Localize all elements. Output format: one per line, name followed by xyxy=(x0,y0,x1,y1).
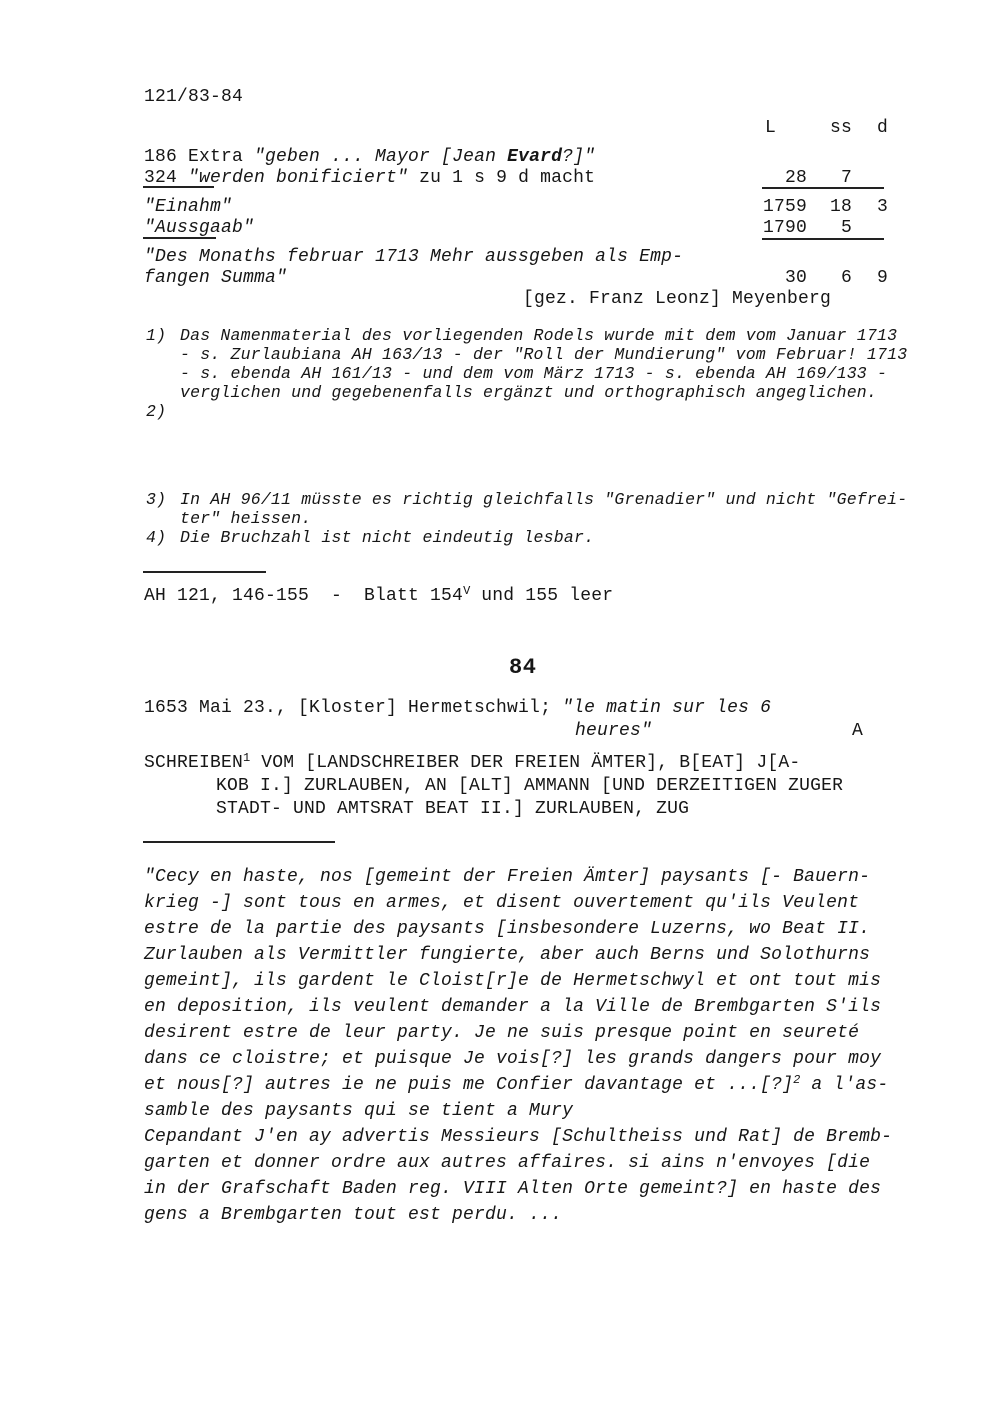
amount-livres: 30 xyxy=(731,267,807,289)
date-place: 1653 Mai 23., [Kloster] Hermetschwil; xyxy=(144,698,562,718)
entry-title-line-3: STADT- UND AMTSRAT BEAT II.] ZURLAUBEN, … xyxy=(0,798,1000,822)
entry-title-line-2: KOB I.] ZURLAUBEN, AN [ALT] AMMANN [UND … xyxy=(0,775,1000,799)
footnote-marker: 3) xyxy=(146,490,166,509)
underline-left xyxy=(143,237,216,239)
letter-line: estre de la partie des paysants [insbeso… xyxy=(0,918,1000,942)
footnote-2: 2) xyxy=(0,402,1000,426)
entry-title-continued: STADT- UND AMTSRAT BEAT II.] ZURLAUBEN, … xyxy=(216,798,689,820)
letter-line: in der Grafschaft Baden reg. VIII Alten … xyxy=(0,1178,1000,1202)
entry-heading-row: 84 xyxy=(0,657,1000,681)
signature-row: [gez. Franz Leonz] Meyenberg xyxy=(0,288,1000,312)
letter-line: desirent estre de leur party. Je ne suis… xyxy=(0,1022,1000,1046)
footnote-reference-1: 1 xyxy=(243,751,250,765)
letter-text: "Cecy en haste, nos [gemeint der Freien … xyxy=(144,866,870,888)
dateline: 1653 Mai 23., [Kloster] Hermetschwil; "l… xyxy=(144,697,771,719)
letter-text: garten et donner ordre aux autres affair… xyxy=(144,1152,870,1174)
footnote-text: In AH 96/11 müsste es richtig gleichfall… xyxy=(180,490,907,509)
letter-text: en deposition, ils veulent demander a la… xyxy=(144,996,881,1018)
ledger-label-einahm: "Einahm" xyxy=(144,196,232,218)
letter-line: dans ce cloistre; et puisque Je vois[?] … xyxy=(0,1048,1000,1072)
highlighted-name: Evard xyxy=(507,147,562,167)
letter-line: "Cecy en haste, nos [gemeint der Freien … xyxy=(0,866,1000,890)
amount-schilling: 18 xyxy=(800,196,852,218)
document-page: 121/83-84 L ss d 186 Extra "geben ... Ma… xyxy=(0,0,1000,1415)
footnote-marker: 2) xyxy=(146,402,166,421)
footnote-text: verglichen und gegebenenfalls ergänzt un… xyxy=(180,383,877,402)
title-word: SCHREIBEN xyxy=(144,753,243,773)
column-header-denar: d xyxy=(846,117,888,139)
letter-line: Cepandant J'en ay advertis Messieurs [Sc… xyxy=(0,1126,1000,1150)
letter-text: estre de la partie des paysants [insbeso… xyxy=(144,918,870,940)
source-reference-rest: und 155 leer xyxy=(470,586,613,606)
amount-denar: 9 xyxy=(846,267,888,289)
amount-livres: 1759 xyxy=(731,196,807,218)
letter-text-pre: et nous[?] autres ie ne puis me Confier … xyxy=(144,1075,793,1095)
column-header-livres: L xyxy=(765,117,776,139)
source-note: AH 121, 146-155 - Blatt 154V und 155 lee… xyxy=(144,585,613,608)
amount-livres: 28 xyxy=(731,167,807,189)
amount-livres: 1790 xyxy=(731,217,807,239)
footnote-text: - s. Zurlaubiana AH 163/13 - der "Roll d… xyxy=(180,345,907,364)
dateline-row-2: heures" A xyxy=(0,720,1000,744)
letter-text: Cepandant J'en ay advertis Messieurs [Sc… xyxy=(144,1126,892,1148)
time-quote: "le matin sur les 6 xyxy=(562,698,771,718)
footnote-text: Das Namenmaterial des vorliegenden Rodel… xyxy=(180,326,897,345)
footnote-text: ter" heissen. xyxy=(180,509,311,528)
letter-text: et nous[?] autres ie ne puis me Confier … xyxy=(144,1074,888,1097)
footnote-text: - s. ebenda AH 161/13 - und dem vom März… xyxy=(180,364,887,383)
amount-schilling: 6 xyxy=(800,267,852,289)
entry-number-186: 186 Extra xyxy=(144,147,254,167)
signature: [gez. Franz Leonz] Meyenberg xyxy=(523,288,831,310)
ledger-label-aussgaab: "Aussgaab" xyxy=(144,217,254,239)
archive-reference: 121/83-84 xyxy=(144,86,243,108)
letter-line-with-footnote-ref: et nous[?] autres ie ne puis me Confier … xyxy=(0,1074,1000,1098)
amount-schilling: 7 xyxy=(800,167,852,189)
title-rest: VOM [LANDSCHREIBER DER FREIEN ÄMTER], B[… xyxy=(250,753,800,773)
source-note-row: AH 121, 146-155 - Blatt 154V und 155 lee… xyxy=(0,585,1000,609)
letter-line: krieg -] sont tous en armes, et disent o… xyxy=(0,892,1000,916)
ledger-row-186-text: 186 Extra "geben ... Mayor [Jean Evard?]… xyxy=(144,146,595,168)
plain-text: zu 1 s 9 d macht xyxy=(408,168,595,188)
footnote-separator-rule xyxy=(143,841,335,843)
footnote-reference-2: 2 xyxy=(793,1073,800,1087)
folio-verso-superscript: V xyxy=(463,584,470,598)
entry-number-heading: 84 xyxy=(509,657,536,679)
footnote-4: 4) Die Bruchzahl ist nicht eindeutig les… xyxy=(0,528,1000,552)
letter-line: Zurlauben als Vermittler fungierte, aber… xyxy=(0,944,1000,968)
letter-text: in der Grafschaft Baden reg. VIII Alten … xyxy=(144,1178,881,1200)
underline-left xyxy=(143,186,214,188)
letter-text: krieg -] sont tous en armes, et disent o… xyxy=(144,892,859,914)
letter-line: garten et donner ordre aux autres affair… xyxy=(0,1152,1000,1176)
letter-text: dans ce cloistre; et puisque Je vois[?] … xyxy=(144,1048,881,1070)
section-separator-rule xyxy=(143,571,266,573)
time-quote-continued: heures" xyxy=(575,720,652,742)
entry-number-324: 324 xyxy=(144,168,188,188)
underline-amounts xyxy=(762,238,884,240)
amount-schilling: 5 xyxy=(800,217,852,239)
letter-text: Zurlauben als Vermittler fungierte, aber… xyxy=(144,944,870,966)
quoted-text: "werden bonificiert" xyxy=(188,168,408,188)
letter-text: gemeint], ils gardent le Cloist[r]e de H… xyxy=(144,970,881,992)
document-type-marker: A xyxy=(852,720,863,742)
letter-line: gens a Brembgarten tout est perdu. ... xyxy=(0,1204,1000,1228)
letter-text-post: a l'as- xyxy=(800,1075,888,1095)
footnote-text: Die Bruchzahl ist nicht eindeutig lesbar… xyxy=(180,528,594,547)
amount-denar: 3 xyxy=(846,196,888,218)
letter-text: desirent estre de leur party. Je ne suis… xyxy=(144,1022,859,1044)
entry-title-line-1: SCHREIBEN1 VOM [LANDSCHREIBER DER FREIEN… xyxy=(0,752,1000,776)
footnote-marker: 4) xyxy=(146,528,166,547)
column-header-schilling: ss xyxy=(800,117,852,139)
quoted-text-end: ?]" xyxy=(562,147,595,167)
letter-text: gens a Brembgarten tout est perdu. ... xyxy=(144,1204,562,1226)
letter-line: samble des paysants qui se tient a Mury xyxy=(0,1100,1000,1124)
quoted-text: "geben ... Mayor [Jean xyxy=(254,147,507,167)
letter-line: en deposition, ils veulent demander a la… xyxy=(0,996,1000,1020)
letter-text: samble des paysants qui se tient a Mury xyxy=(144,1100,573,1122)
underline-amounts xyxy=(762,187,884,189)
letter-line: gemeint], ils gardent le Cloist[r]e de H… xyxy=(0,970,1000,994)
dateline-row-1: 1653 Mai 23., [Kloster] Hermetschwil; "l… xyxy=(0,697,1000,721)
balance-text-1: "Des Monaths februar 1713 Mehr aussgeben… xyxy=(144,246,683,268)
ledger-column-headers: L ss d xyxy=(0,117,1000,141)
entry-title-continued: KOB I.] ZURLAUBEN, AN [ALT] AMMANN [UND … xyxy=(216,775,843,797)
balance-text-2: fangen Summa" xyxy=(144,267,287,289)
entry-title: SCHREIBEN1 VOM [LANDSCHREIBER DER FREIEN… xyxy=(144,752,800,775)
source-reference: AH 121, 146-155 - Blatt 154 xyxy=(144,586,463,606)
footnote-marker: 1) xyxy=(146,326,166,345)
